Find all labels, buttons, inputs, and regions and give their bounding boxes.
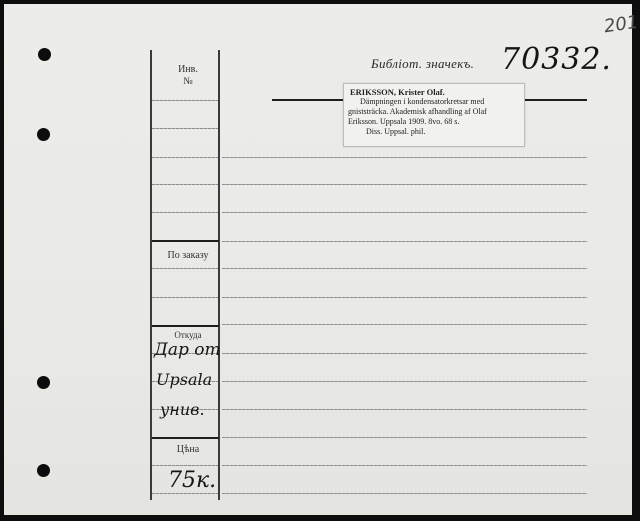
ruled-line bbox=[222, 324, 587, 325]
punch-hole bbox=[37, 376, 50, 389]
column-rule bbox=[152, 100, 218, 101]
column-rule bbox=[152, 465, 218, 466]
by-order-label: По заказу bbox=[155, 250, 221, 261]
source-handwritten-line: унив. bbox=[160, 400, 205, 419]
source-handwritten-line: Upsala bbox=[156, 370, 212, 389]
column-rule bbox=[152, 493, 218, 494]
slip-line: Dämpningen i kondensatorkretsar med bbox=[360, 97, 520, 107]
slip-line: Diss. Uppsal. phil. bbox=[366, 127, 520, 137]
source-handwritten-line: Дар от bbox=[154, 340, 221, 360]
punch-hole bbox=[37, 464, 50, 477]
ruled-line bbox=[222, 184, 587, 185]
catalog-card: Инв. № По заказу Откуда Цѣна Дар от Upsa… bbox=[4, 4, 632, 515]
section-divider bbox=[152, 240, 219, 242]
inventory-label: Инв. bbox=[155, 64, 221, 75]
ruled-line bbox=[222, 465, 587, 466]
library-mark-label: Библiот. значекъ. bbox=[371, 56, 474, 72]
inventory-number-sign: № bbox=[155, 76, 221, 87]
page-number: 201 bbox=[603, 12, 640, 38]
ruled-line bbox=[222, 381, 587, 382]
punch-hole bbox=[38, 48, 51, 61]
column-rule bbox=[152, 297, 218, 298]
ruled-line bbox=[222, 437, 587, 438]
ruled-line bbox=[222, 297, 587, 298]
ruled-line bbox=[222, 241, 587, 242]
column-rule bbox=[152, 128, 218, 129]
ruled-line bbox=[222, 353, 587, 354]
column-rule bbox=[152, 212, 218, 213]
column-rule bbox=[152, 184, 218, 185]
ruled-line bbox=[222, 409, 587, 410]
punch-hole bbox=[37, 128, 50, 141]
column-right-border bbox=[218, 50, 220, 500]
column-rule bbox=[152, 268, 218, 269]
ruled-line bbox=[222, 157, 587, 158]
catalog-slip: ERIKSSON, Krister Olaf. Dämpningen i kon… bbox=[343, 83, 525, 147]
ruled-line bbox=[222, 212, 587, 213]
library-mark-number: 70332. bbox=[501, 42, 612, 77]
slip-line: gniststräcka. Akademisk afhandling af Ol… bbox=[348, 107, 520, 117]
slip-author: ERIKSSON, Krister Olaf. bbox=[350, 87, 520, 97]
ruled-line bbox=[222, 268, 587, 269]
section-divider bbox=[152, 325, 219, 327]
column-rule bbox=[152, 157, 218, 158]
price-handwritten: 75к. bbox=[168, 468, 216, 493]
column-left-border bbox=[150, 50, 152, 500]
slip-line: Eriksson. Uppsala 1909. 8vo. 68 s. bbox=[348, 117, 520, 127]
section-divider bbox=[152, 437, 219, 439]
source-label: Откуда bbox=[155, 330, 221, 340]
ruled-line bbox=[222, 493, 587, 494]
price-label: Цѣна bbox=[155, 444, 221, 455]
